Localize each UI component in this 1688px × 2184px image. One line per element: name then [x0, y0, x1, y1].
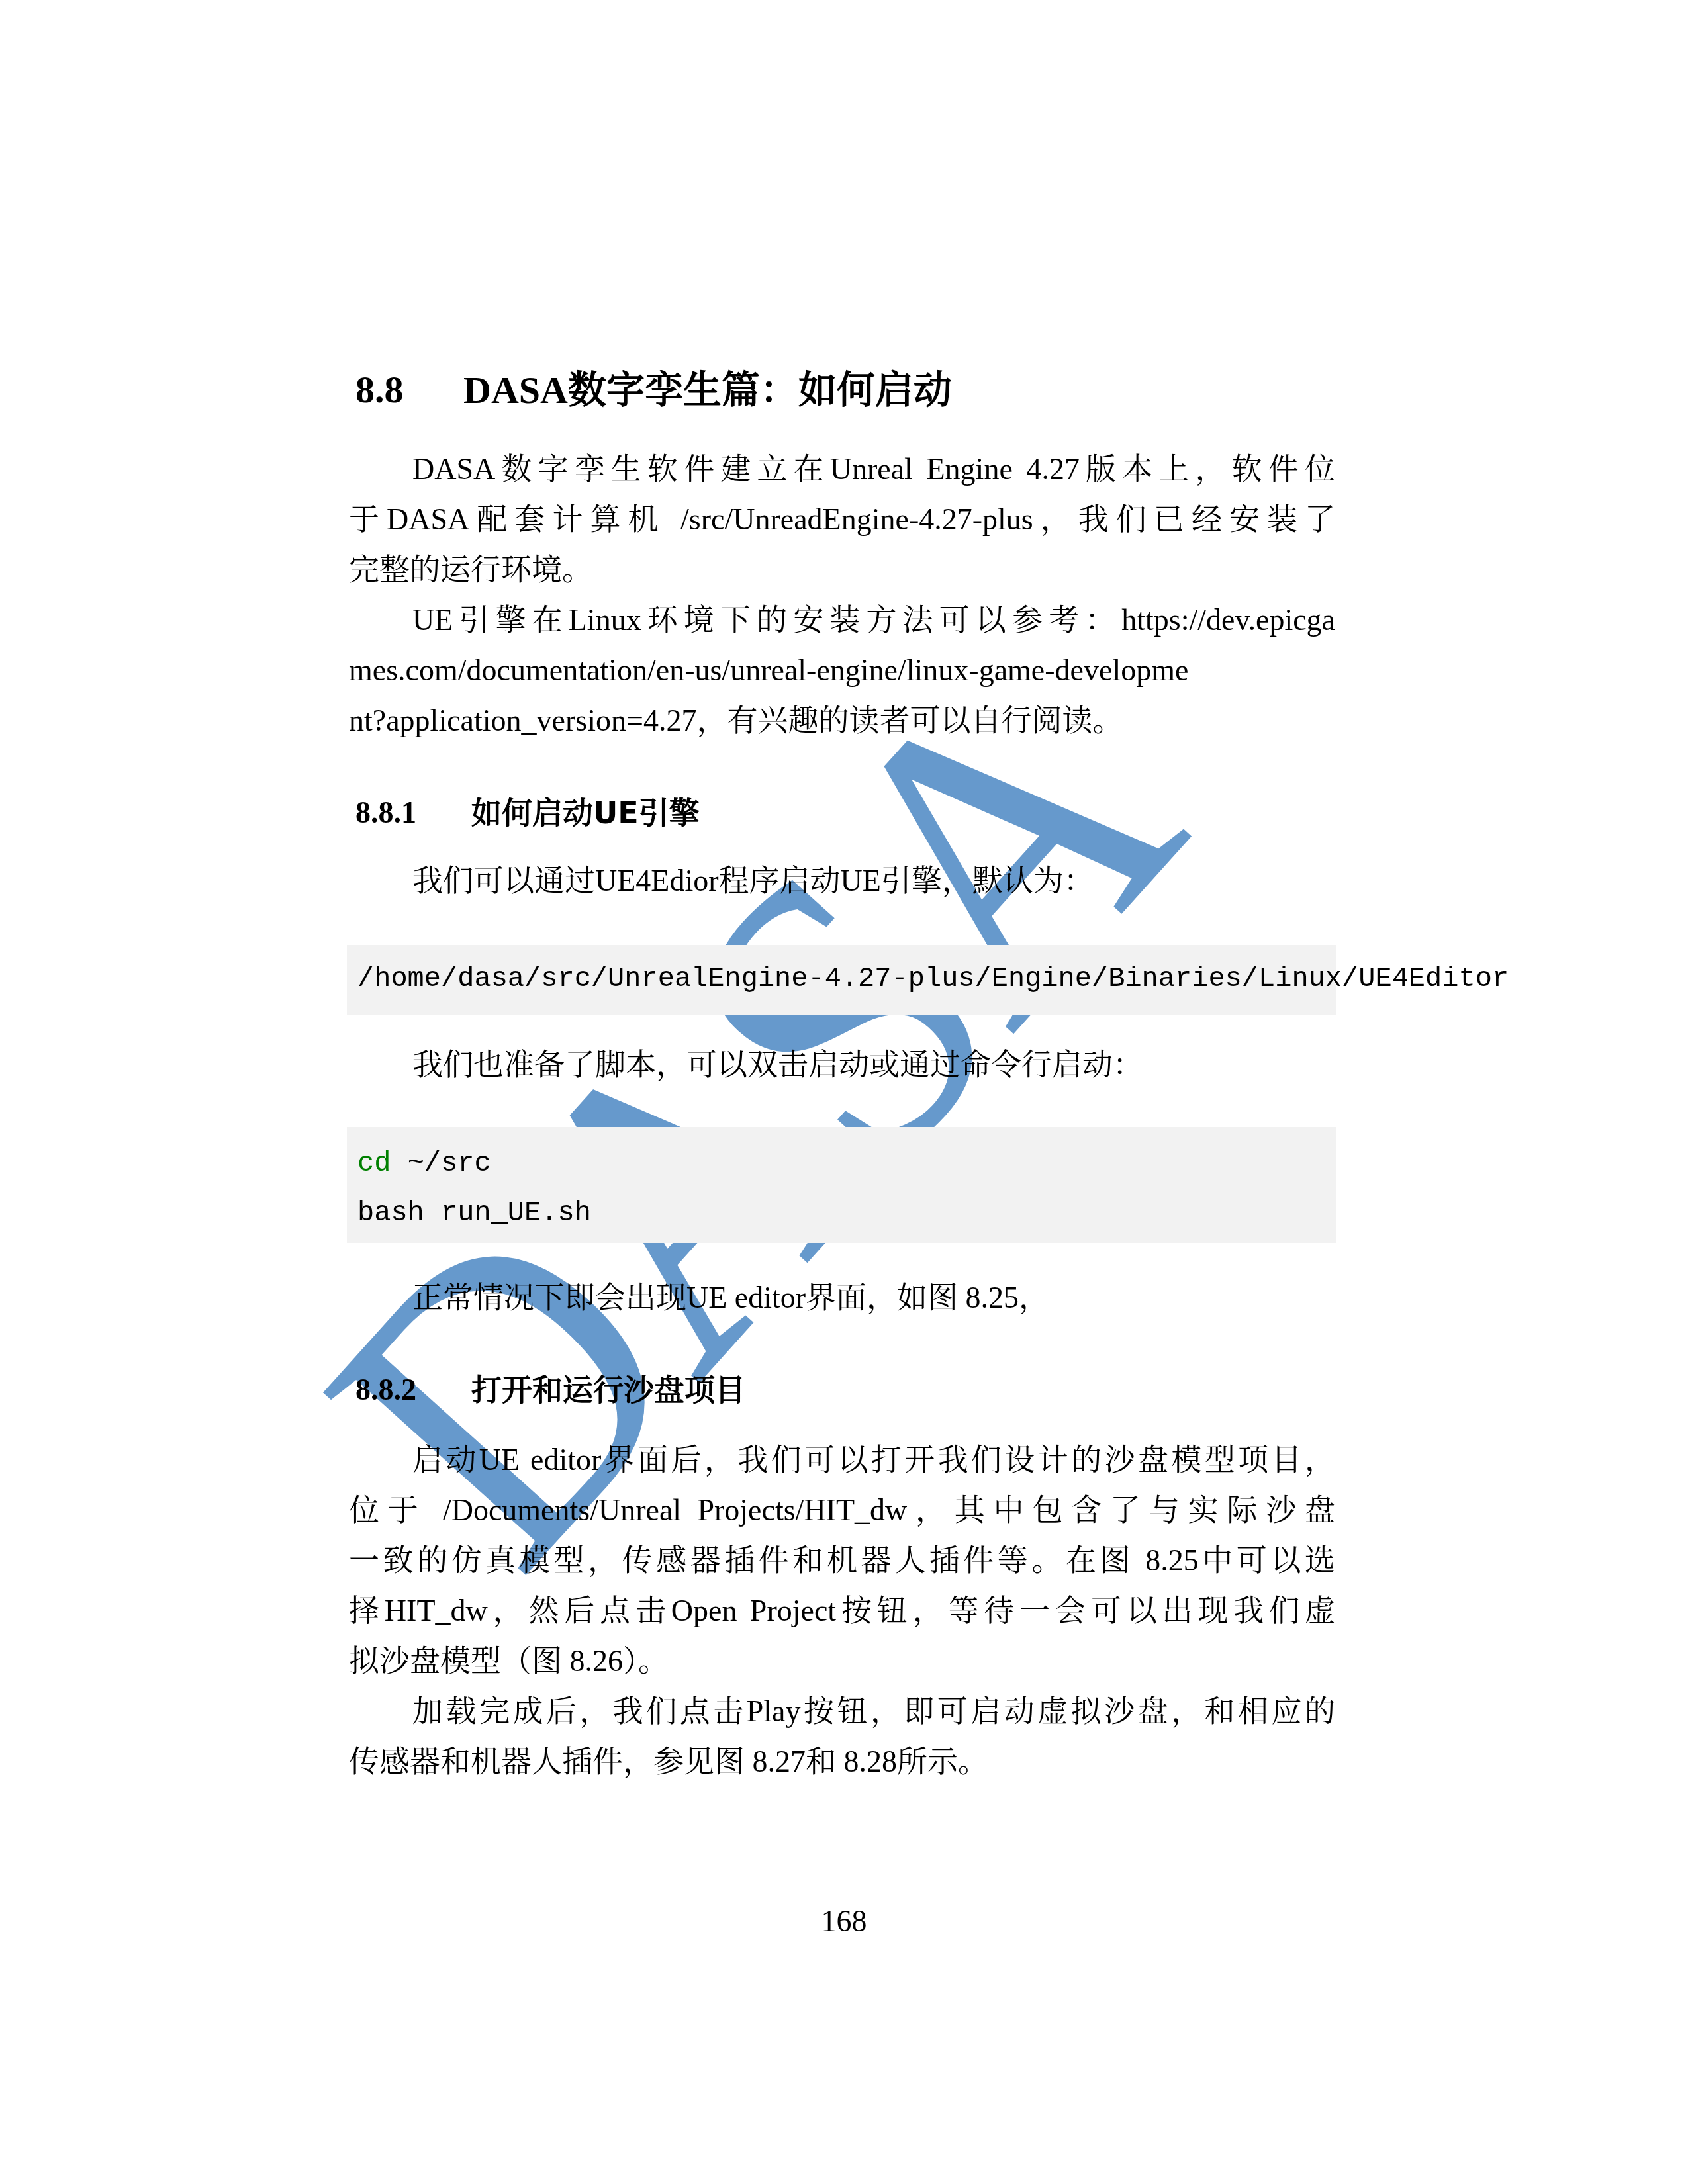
- section-number: 8.8: [355, 368, 404, 411]
- subsection-number: 8.8.1: [355, 796, 416, 829]
- code-cd-arg: ~/src: [391, 1148, 491, 1179]
- subsection-heading-882: 8.8.2 打开和运行沙盘项目: [355, 1375, 416, 1405]
- sub2-p1-line2: 位于 /Documents/Unreal Projects/HIT_dw，其中包…: [349, 1495, 1335, 1525]
- page-content: 8.8 DASA数字孪生篇：如何启动 DASA数字孪生软件建立在Unreal E…: [0, 0, 1688, 2184]
- sub2-p1-line3: 一致的仿真模型，传感器插件和机器人插件等。在图 8.25中可以选: [349, 1545, 1335, 1576]
- sub1-para2: 我们也准备了脚本，可以双击启动或通过命令行启动：: [412, 1050, 1143, 1080]
- code-line-bash: bash run_UE.sh: [357, 1199, 591, 1227]
- subsection-title: 如何启动UE引擎: [471, 797, 700, 828]
- intro-p2-line2: mes.com/documentation/en-us/unreal-engin…: [349, 655, 1335, 686]
- sub2-p1-line4: 择HIT_dw，然后点击Open Project按钮，等待一会可以出现我们虚: [349, 1596, 1335, 1626]
- intro-p1-line2: 于DASA配套计算机 /src/UnreadEngine-4.27-plus，我…: [349, 504, 1335, 535]
- sub1-para1: 我们可以通过UE4Edior程序启动UE引擎，默认为：: [412, 866, 1094, 896]
- code-line-cd: cd ~/src: [357, 1150, 491, 1177]
- intro-p2-line3: nt?application_version=4.27，有兴趣的读者可以自行阅读…: [349, 705, 1123, 736]
- code-keyword-cd: cd: [357, 1148, 391, 1179]
- section-title-text: DASA数字孪生篇：如何启动: [463, 369, 952, 412]
- sub2-p1-line1: 启动UE editor界面后，我们可以打开我们设计的沙盘模型项目，: [412, 1445, 1335, 1475]
- code-editor-path: /home/dasa/src/UnrealEngine-4.27-plus/En…: [357, 965, 1509, 993]
- section-title: DASA数字孪生篇：如何启动: [463, 371, 952, 410]
- document-page: DASA 8.8 DASA数字孪生篇：如何启动 DASA数字孪生软件建立在Unr…: [0, 0, 1688, 2184]
- intro-p1-line1-wrap: DASA数字孪生软件建立在Unreal Engine 4.27版本上，软件位: [349, 454, 1335, 484]
- sub1-para3: 正常情况下即会出现UE editor界面，如图 8.25，: [412, 1283, 1049, 1313]
- section-heading: 8.8 DASA数字孪生篇：如何启动: [355, 371, 404, 409]
- intro-p1-line3: 完整的运行环境。: [349, 555, 592, 585]
- sub2-p2-line2: 传感器和机器人插件，参见图 8.27和 8.28所示。: [349, 1747, 988, 1777]
- intro-p1-line1: DASA数字孪生软件建立在Unreal Engine 4.27版本上，软件位: [412, 452, 1335, 486]
- subsection-title: 打开和运行沙盘项目: [471, 1375, 745, 1405]
- sub2-p1-line5: 拟沙盘模型（图 8.26）。: [349, 1646, 669, 1676]
- sub2-p2-line1: 加载完成后，我们点击Play按钮，即可启动虚拟沙盘，和相应的: [412, 1696, 1335, 1727]
- subsection-number: 8.8.2: [355, 1373, 416, 1406]
- intro-p2-line1: UE引擎在Linux环境下的安装方法可以参考：https://dev.epicg…: [412, 605, 1335, 635]
- subsection-heading-881: 8.8.1 如何启动UE引擎: [355, 797, 416, 828]
- page-number: 168: [0, 1906, 1688, 1936]
